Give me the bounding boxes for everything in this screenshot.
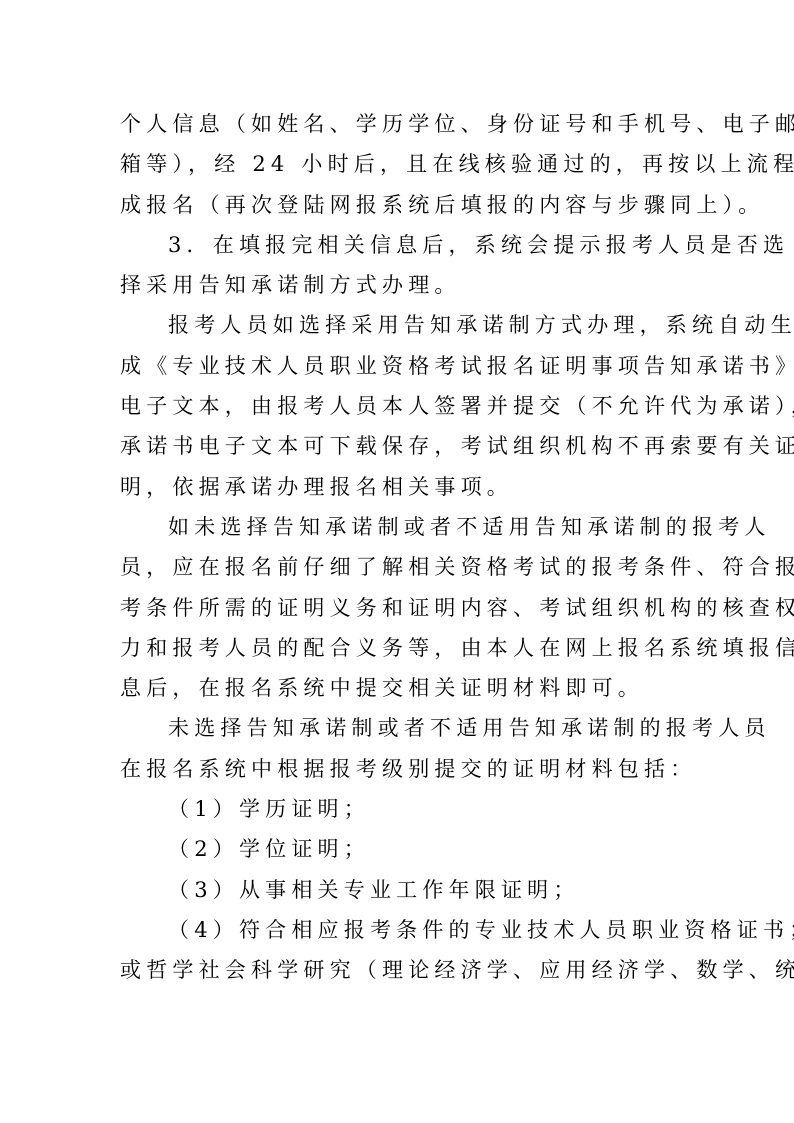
text-line: 未选择告知承诺制或者不适用告知承诺制的报考人员 [120, 708, 676, 748]
text-line: 或哲学社会科学研究（理论经济学、应用经济学、数学、统 [120, 950, 676, 990]
list-item: （2）学位证明； [120, 829, 676, 869]
text-line: 如未选择告知承诺制或者不适用告知承诺制的报考人 [120, 507, 676, 547]
text-line: 员，应在报名前仔细了解相关资格考试的报考条件、符合报 [120, 547, 676, 587]
text-line: 在报名系统中根据报考级别提交的证明材料包括： [120, 749, 676, 789]
text-line: 成《专业技术人员职业资格考试报名证明事项告知承诺书》 [120, 346, 676, 386]
list-item: （1）学历证明； [120, 789, 676, 829]
list-item: （4）符合相应报考条件的专业技术人员职业资格证书； [120, 910, 676, 950]
text-line: 成报名（再次登陆网报系统后填报的内容与步骤同上）。 [120, 185, 676, 225]
text-line: 择采用告知承诺制方式办理。 [120, 265, 676, 305]
text-line: 息后，在报名系统中提交相关证明材料即可。 [120, 668, 676, 708]
document-page: 个人信息（如姓名、学历学位、身份证号和手机号、电子邮 箱等），经 24 小时后，… [120, 104, 676, 991]
text-line: 承诺书电子文本可下载保存，考试组织机构不再索要有关证 [120, 426, 676, 466]
text-line: 考条件所需的证明义务和证明内容、考试组织机构的核查权 [120, 588, 676, 628]
text-line: 电子文本，由报考人员本人签署并提交（不允许代为承诺）， [120, 386, 676, 426]
text-line: 箱等），经 24 小时后，且在线核验通过的，再按以上流程完 [120, 144, 676, 184]
list-item: （3）从事相关专业工作年限证明； [120, 870, 676, 910]
text-line: 报考人员如选择采用告知承诺制方式办理，系统自动生 [120, 305, 676, 345]
text-line: 个人信息（如姓名、学历学位、身份证号和手机号、电子邮 [120, 104, 676, 144]
text-line: 3．在填报完相关信息后，系统会提示报考人员是否选 [120, 225, 676, 265]
text-line: 力和报考人员的配合义务等，由本人在网上报名系统填报信 [120, 628, 676, 668]
text-line: 明，依据承诺办理报名相关事项。 [120, 467, 676, 507]
